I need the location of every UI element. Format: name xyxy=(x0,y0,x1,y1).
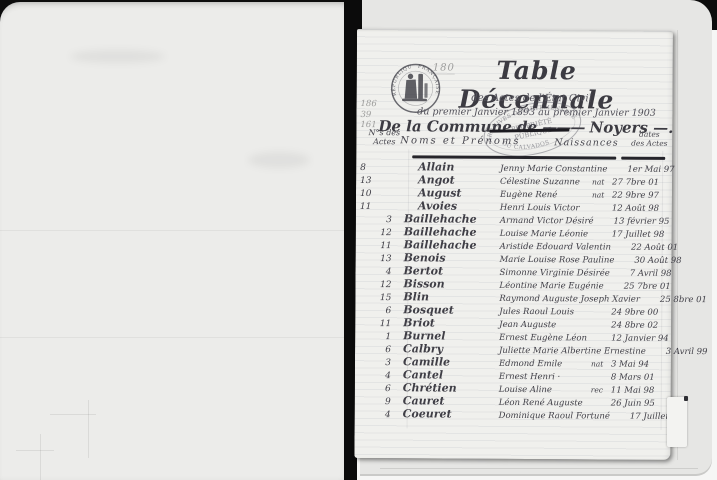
surname: Briot xyxy=(403,316,499,330)
given-names: Juliette Marie Albertine Ernestine xyxy=(499,346,646,357)
act-number: 4 xyxy=(357,267,403,277)
given-names: Jean Auguste xyxy=(499,320,591,331)
act-date: 11 Mai 98 xyxy=(611,386,669,396)
surname: Calbry xyxy=(403,342,499,356)
act-number: 11 xyxy=(358,202,404,212)
surname: Camille xyxy=(403,355,499,369)
pencil-number: 39 xyxy=(360,110,376,121)
book-gutter-bottom xyxy=(344,457,357,480)
act-date: 27 7bre 01 xyxy=(612,178,670,188)
surname: Coeuret xyxy=(403,407,499,421)
page-crease xyxy=(0,230,352,231)
given-names: Eugène René xyxy=(500,190,592,201)
given-names: Célestine Suzanne xyxy=(500,177,592,188)
surname: Burnel xyxy=(403,329,499,343)
left-blank-page xyxy=(0,2,352,480)
surname: Bertot xyxy=(403,264,499,278)
header-rule-short xyxy=(621,157,665,160)
act-number: 9 xyxy=(357,397,403,407)
book-scan: 180 RÉPUBLIQUE FRANÇAISE Table Déce xyxy=(0,0,717,480)
given-names: Marie Louise Rose Pauline xyxy=(500,255,615,266)
given-names: Louise Aline xyxy=(499,385,591,396)
column-header-acts-line2: Actes xyxy=(363,138,405,147)
given-names: Jules Raoul Louis xyxy=(499,307,591,318)
act-date: 22 9bre 97 xyxy=(612,191,670,201)
page-crease xyxy=(0,337,352,338)
act-date: 12 Janvier 94 xyxy=(611,334,669,344)
act-number: 10 xyxy=(358,189,404,199)
surname: Bisson xyxy=(403,277,499,291)
act-date: 8 Mars 01 xyxy=(611,373,669,383)
act-date: 24 9bre 00 xyxy=(611,308,669,318)
act-number: 13 xyxy=(358,176,404,186)
surname: Angot xyxy=(404,173,500,187)
act-date: 3 Avril 99 xyxy=(666,347,717,357)
column-header-dates-line2: des Actes xyxy=(628,139,670,148)
pencil-ghost-mark xyxy=(40,434,41,480)
pencil-ghost-mark xyxy=(50,414,96,415)
act-number: 8 xyxy=(358,163,404,173)
surname: Avoies xyxy=(404,199,500,213)
given-names: Simonne Virginie Désirée xyxy=(499,268,609,279)
act-date: 25 8bre 01 xyxy=(660,295,717,305)
act-date: 12 Août 98 xyxy=(612,204,670,214)
surname: Baillehache xyxy=(404,238,500,252)
margin-note: nat xyxy=(591,359,611,368)
given-names: Ernest Eugène Léon xyxy=(499,333,591,344)
pencil-ghost-mark xyxy=(88,400,89,458)
given-names: Jenny Marie Constantine xyxy=(500,164,607,175)
margin-note: rec xyxy=(591,385,611,394)
act-number: 13 xyxy=(358,254,404,264)
act-date: 7 Avril 98 xyxy=(630,269,688,279)
registry-table: 8 Allain Jenny Marie Constantine 1er Mai… xyxy=(357,160,671,422)
paper-scrap xyxy=(667,397,687,447)
act-date: 13 février 95 xyxy=(614,217,672,227)
surname: Bosquet xyxy=(403,303,499,317)
pencil-number: 186 xyxy=(361,99,377,110)
pencil-margin-numbers: 186 39 161 xyxy=(360,99,376,131)
surname: Benois xyxy=(404,251,500,265)
act-number: 1 xyxy=(357,332,403,342)
act-number: 6 xyxy=(357,345,403,355)
act-date: 3 Mai 94 xyxy=(611,360,669,370)
act-date: 26 Juin 95 xyxy=(611,399,669,409)
given-names: Raymond Auguste Joseph Xavier xyxy=(499,294,640,305)
act-date: 30 Août 98 xyxy=(634,256,692,266)
given-names: Edmond Emile xyxy=(499,359,591,370)
act-number: 6 xyxy=(357,306,403,316)
surname: Baillehache xyxy=(404,212,500,226)
registry-page: 180 RÉPUBLIQUE FRANÇAISE Table Déce xyxy=(354,29,673,460)
page-smudge xyxy=(70,50,165,63)
given-names: Léontine Marie Eugénie xyxy=(499,281,603,292)
act-number: 11 xyxy=(358,241,404,251)
act-number: 3 xyxy=(358,215,404,225)
given-names: Aristide Edouard Valentin xyxy=(500,242,611,253)
surname: Blin xyxy=(403,290,499,304)
act-date: 24 8bre 02 xyxy=(611,321,669,331)
given-names: Armand Victor Désiré xyxy=(500,216,594,227)
act-number: 3 xyxy=(357,358,403,368)
margin-note: nat xyxy=(592,177,612,186)
given-names: Dominique Raoul Fortuné xyxy=(499,411,610,422)
act-date: 25 7bre 01 xyxy=(624,282,682,292)
surname: Cantel xyxy=(403,368,499,382)
act-number: 12 xyxy=(358,228,404,238)
surname: August xyxy=(404,186,500,200)
surname: Chrétien xyxy=(403,381,499,395)
given-names: Ernest Henri · xyxy=(499,372,591,383)
margin-note: nat xyxy=(592,190,612,199)
act-number: 6 xyxy=(357,384,403,394)
paper-scrap-mark xyxy=(684,396,688,401)
given-names: Léon René Auguste xyxy=(499,398,591,409)
given-names: Henri Louis Victor xyxy=(500,203,592,214)
column-header-dates: dates des Actes xyxy=(628,131,670,148)
page-smudge xyxy=(248,152,310,168)
table-row: 4 Coeuret Dominique Raoul Fortuné 17 Jui… xyxy=(357,407,669,422)
surname: Baillehache xyxy=(404,225,500,239)
act-number: 11 xyxy=(357,319,403,329)
given-names: Louise Marie Léonie xyxy=(500,229,592,240)
act-number: 4 xyxy=(357,371,403,381)
surname: Cauret xyxy=(403,394,499,408)
act-number: 12 xyxy=(357,280,403,290)
act-date: 17 Juillet 98 xyxy=(612,230,670,240)
page-bottom-line xyxy=(380,468,698,469)
pencil-ghost-mark xyxy=(16,450,54,451)
act-date: 22 Août 01 xyxy=(631,243,689,253)
act-date: 1er Mai 97 xyxy=(627,165,685,175)
act-number: 4 xyxy=(357,410,403,420)
surname: Allain xyxy=(404,160,500,174)
act-number: 15 xyxy=(357,293,403,303)
column-header-acts: N°s des Actes xyxy=(363,129,405,146)
